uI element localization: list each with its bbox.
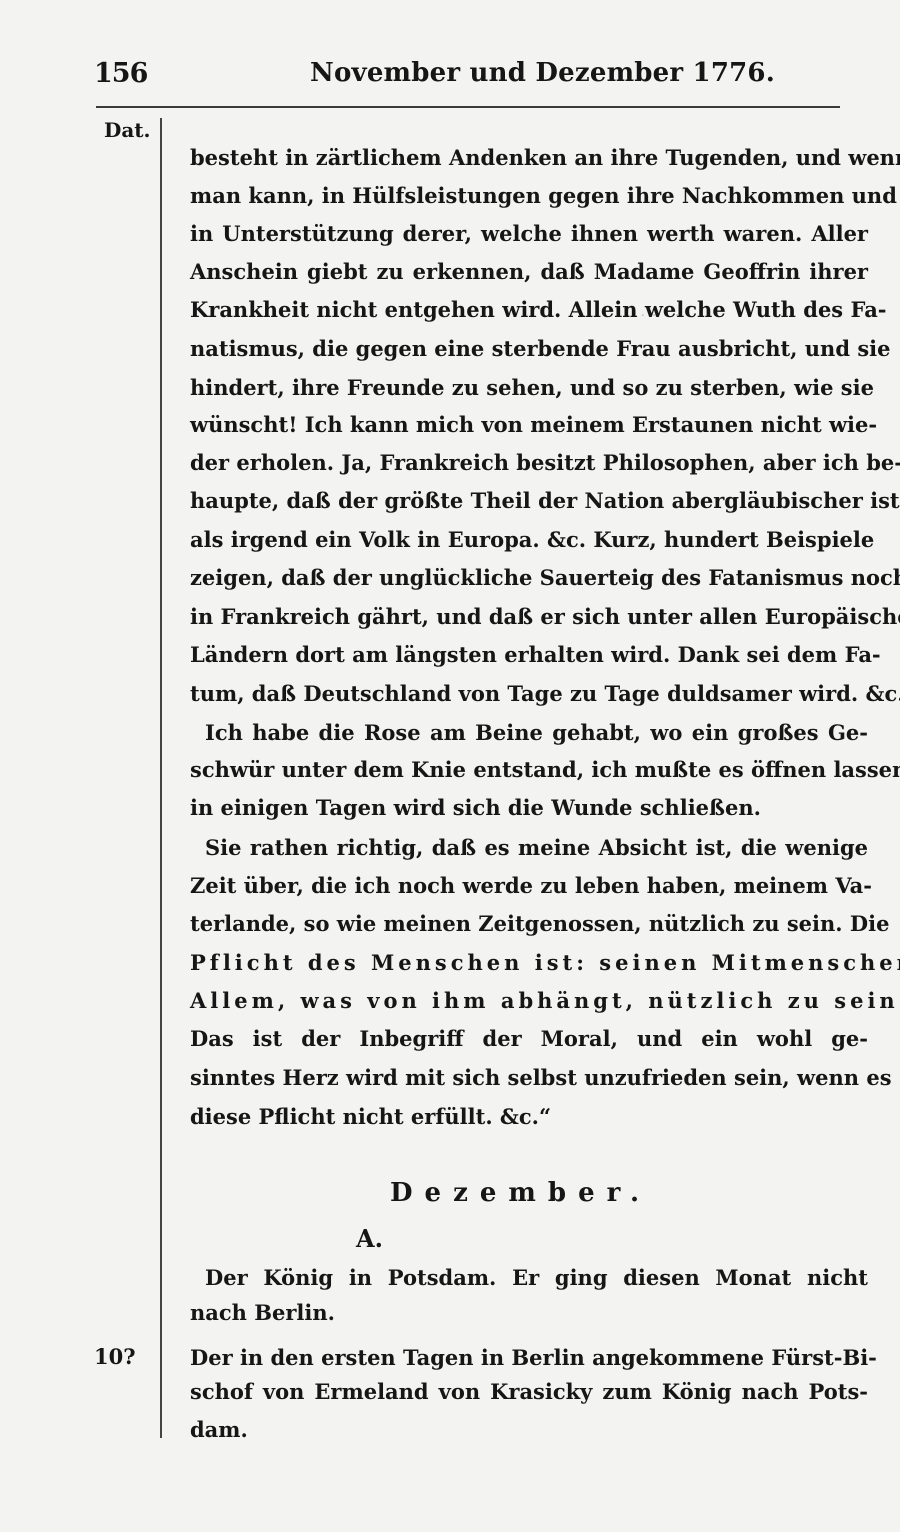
text-line: besteht in zärtlichem Andenken an ihre T…	[190, 144, 868, 172]
text-line: der erholen. Ja, Frankreich besitzt Phil…	[190, 449, 868, 477]
text-line: Der in den ersten Tagen in Berlin angeko…	[190, 1344, 868, 1372]
text-line: Das ist der Inbegriff der Moral, und ein…	[190, 1025, 868, 1053]
section-heading: Dezember.	[390, 1178, 651, 1208]
page-number: 156	[94, 58, 147, 89]
text-line: als irgend ein Volk in Europa. &c. Kurz,…	[190, 526, 868, 554]
text-line: tum, daß Deutschland von Tage zu Tage du…	[190, 680, 868, 708]
text-line: in einigen Tagen wird sich die Wunde sch…	[190, 794, 868, 822]
text-line: Anschein giebt zu erkennen, daß Madame G…	[190, 258, 868, 286]
running-title: November und Dezember 1776.	[310, 58, 775, 88]
text-line: schwür unter dem Knie entstand, ich mußt…	[190, 756, 868, 784]
text-line: Zeit über, die ich noch werde zu leben h…	[190, 872, 868, 900]
date-marker: 10?	[94, 1344, 136, 1369]
text-line: Der König in Potsdam. Er ging diesen Mon…	[205, 1264, 868, 1292]
text-line: Krankheit nicht entgehen wird. Allein we…	[190, 296, 868, 324]
subsection-heading: A.	[356, 1224, 383, 1253]
text-line: natismus, die gegen eine sterbende Frau …	[190, 335, 868, 363]
text-line: nach Berlin.	[190, 1299, 868, 1327]
text-line: haupte, daß der größte Theil der Nation …	[190, 487, 868, 515]
text-line: schof von Ermeland von Krasicky zum Köni…	[190, 1378, 868, 1406]
text-line: man kann, in Hülfsleistungen gegen ihre …	[190, 182, 868, 210]
text-line: in Frankreich gährt, und daß er sich unt…	[190, 603, 868, 631]
text-line: sinntes Herz wird mit sich selbst unzufr…	[190, 1064, 868, 1092]
text-line: Ich habe die Rose am Beine gehabt, wo ei…	[205, 719, 868, 747]
text-line: hindert, ihre Freunde zu sehen, und so z…	[190, 374, 868, 402]
text-line: dam.	[190, 1416, 868, 1444]
date-column-label: Dat.	[104, 118, 151, 142]
text-line: diese Pflicht nicht erfüllt. &c.“	[190, 1103, 868, 1131]
text-line: in Unterstützung derer, welche ihnen wer…	[190, 220, 868, 248]
text-line-spaced: Allem, was von ihm abhängt, nützlich zu …	[190, 987, 868, 1015]
text-line: zeigen, daß der unglückliche Sauerteig d…	[190, 564, 868, 592]
text-line: Ländern dort am längsten erhalten wird. …	[190, 641, 868, 669]
header-rule	[96, 106, 840, 108]
text-line-spaced: Pflicht des Menschen ist: seinen Mitmens…	[190, 949, 868, 977]
text-line: Sie rathen richtig, daß es meine Absicht…	[205, 834, 868, 862]
date-column-rule	[160, 118, 162, 1438]
text-line: wünscht! Ich kann mich von meinem Erstau…	[190, 411, 868, 439]
text-line: terlande, so wie meinen Zeitgenossen, nü…	[190, 910, 868, 938]
